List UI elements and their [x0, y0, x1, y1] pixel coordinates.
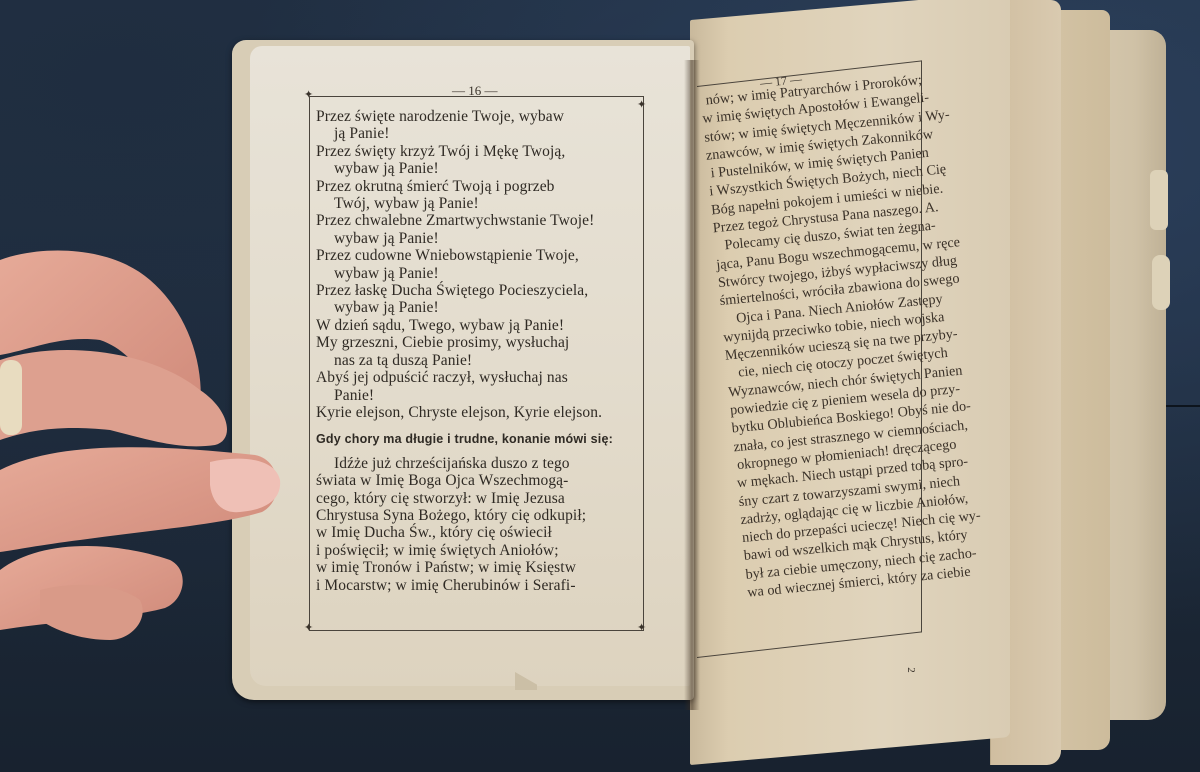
text-line: Kyrie elejson, Chryste elejson, Kyrie el…	[316, 404, 640, 421]
signature-mark: 2	[905, 667, 917, 673]
text-line: Przez chwalebne Zmartwychwstanie Twoje!	[316, 212, 640, 229]
text-line: My grzeszni, Ciebie prosimy, wysłuchaj	[316, 334, 640, 351]
hand	[0, 240, 300, 660]
text-line: Panie!	[316, 387, 640, 404]
corner-ornament-icon: ✦	[304, 624, 313, 633]
text-line: ją Panie!	[316, 125, 640, 142]
text-line: wybaw ją Panie!	[316, 160, 640, 177]
page-tab	[1152, 255, 1170, 310]
book-spine	[684, 60, 700, 710]
text-line: Abyś jej odpuścić raczył, wysłuchaj nas	[316, 369, 640, 386]
text-line: i Mocarstw; w imię Cherubinów i Serafi-	[316, 577, 640, 594]
section-heading: Gdy chory ma długie i trudne, konanie mó…	[316, 431, 640, 448]
text-line: Przez okrutną śmierć Twoją i pogrzeb	[316, 178, 640, 195]
text-line: Przez święte narodzenie Twoje, wybaw	[316, 108, 640, 125]
text-line: Chrystusa Syna Bożego, który cię odkupił…	[316, 507, 640, 524]
text-line: Przez łaskę Ducha Świętego Pocieszyciela…	[316, 282, 640, 299]
text-line: w imię Tronów i Państw; w imię Księstw	[316, 559, 640, 576]
text-line: świata w Imię Boga Ojca Wszechmogą-	[316, 472, 640, 489]
text-line: Idźże już chrześcijańska duszo z tego	[316, 455, 640, 472]
text-line: Przez święty krzyż Twój i Mękę Twoją,	[316, 143, 640, 160]
text-line: Przez cudowne Wniebowstąpienie Twoje,	[316, 247, 640, 264]
text-line: cego, który cię stworzył: w Imię Jezusa	[316, 490, 640, 507]
text-line: nas za tą duszą Panie!	[316, 352, 640, 369]
corner-ornament-icon: ✦	[304, 91, 313, 100]
page-tab	[1150, 170, 1168, 230]
corner-ornament-icon: ✦	[637, 624, 646, 633]
text-line: wybaw ją Panie!	[316, 230, 640, 247]
text-line: i poświęcił; w imię świętych Aniołów;	[316, 542, 640, 559]
text-line: wybaw ją Panie!	[316, 265, 640, 282]
table-crack	[1160, 405, 1200, 407]
left-page-text: Przez święte narodzenie Twoje, wybaw ją …	[316, 108, 640, 594]
text-line: Twój, wybaw ją Panie!	[316, 195, 640, 212]
text-line: W dzień sądu, Twego, wybaw ją Panie!	[316, 317, 640, 334]
text-line: wybaw ją Panie!	[316, 299, 640, 316]
text-line: w Imię Ducha Św., który cię oświecił	[316, 524, 640, 541]
